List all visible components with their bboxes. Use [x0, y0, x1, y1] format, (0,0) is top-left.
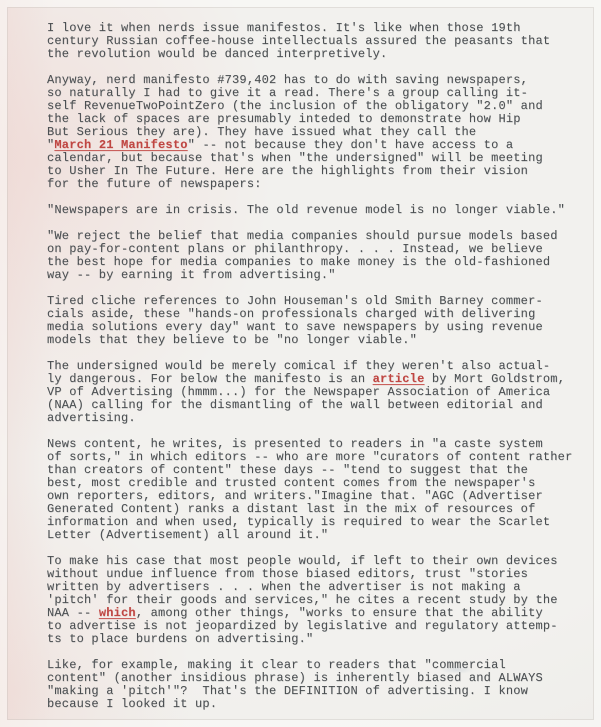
- paragraph-tired-cliche: Tired cliche references to John Houseman…: [47, 295, 589, 347]
- paragraph-text: News content, he writes, is presented to…: [47, 437, 572, 542]
- paragraph-undersigned: The undersigned would be merely comical …: [47, 360, 589, 425]
- paragraph-manifesto: Anyway, nerd manifesto #739,402 has to d…: [47, 74, 589, 191]
- paragraph-closing: Like, for example, making it clear to re…: [47, 659, 589, 711]
- paragraph-text: "Newspapers are in crisis. The old reven…: [47, 203, 565, 217]
- paragraph-intro: I love it when nerds issue manifestos. I…: [47, 22, 589, 61]
- paragraph-quote-reject: "We reject the belief that media compani…: [47, 230, 589, 282]
- typewritten-page-scan: I love it when nerds issue manifestos. I…: [0, 0, 601, 727]
- link-march-21-manifesto[interactable]: March 21 Manifesto: [54, 138, 187, 152]
- paragraph-text: I love it when nerds issue manifestos. I…: [47, 21, 550, 61]
- paragraph-text: Tired cliche references to John Houseman…: [47, 294, 543, 347]
- paragraph-text: "We reject the belief that media compani…: [47, 229, 558, 282]
- paragraph-text: Like, for example, making it clear to re…: [47, 658, 543, 711]
- link-article[interactable]: article: [373, 372, 425, 386]
- paragraph-his-case: To make his case that most people would,…: [47, 555, 589, 646]
- paragraph-quote-crisis: "Newspapers are in crisis. The old reven…: [47, 204, 589, 217]
- document-body: I love it when nerds issue manifestos. I…: [47, 22, 589, 724]
- paragraph-news-content: News content, he writes, is presented to…: [47, 438, 589, 542]
- link-which[interactable]: which: [99, 606, 136, 620]
